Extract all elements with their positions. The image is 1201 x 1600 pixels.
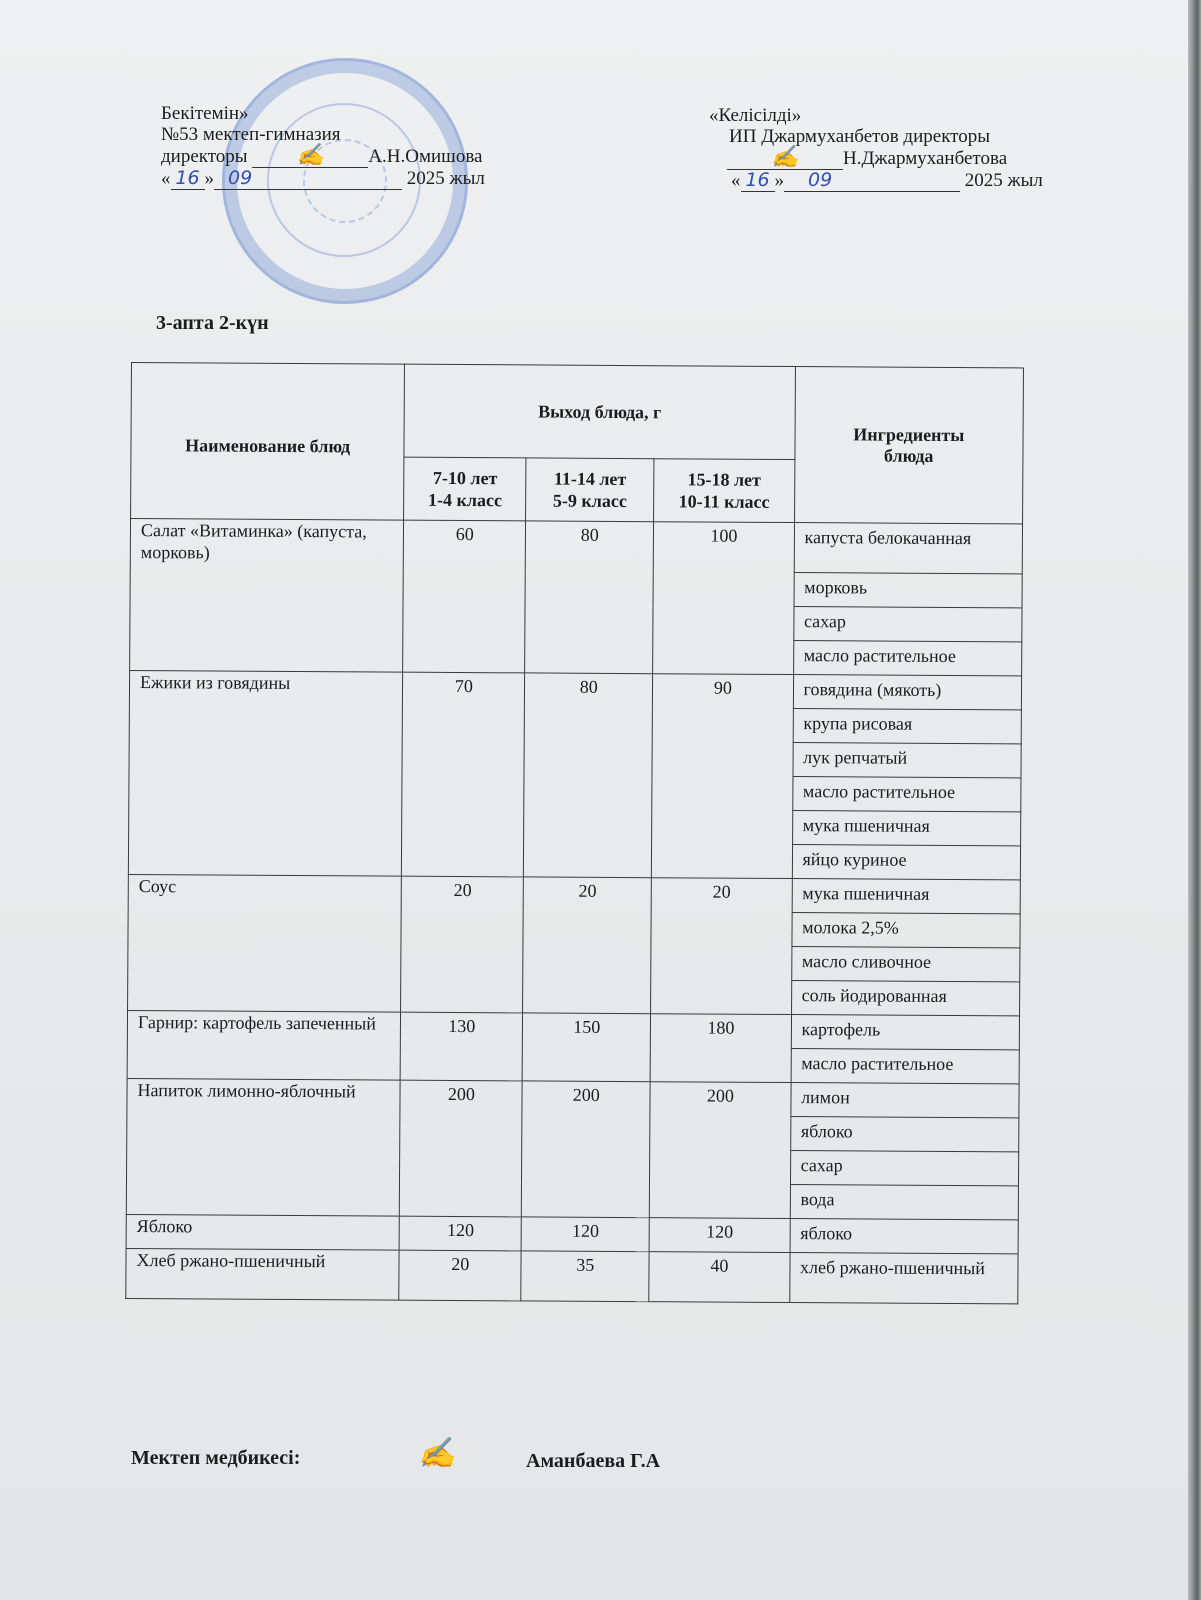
table-row: Салат «Витаминка» (капуста, морковь)6080… [130, 519, 1022, 574]
signature-icon: ✍ [771, 147, 798, 168]
dish-output-value: 200 [522, 1081, 651, 1218]
dish-output-value: 35 [521, 1251, 649, 1302]
nurse-name: Аманбаева Г.А [526, 1450, 660, 1473]
table-row: Напиток лимонно-яблочный200200200лимон [127, 1078, 1019, 1117]
dish-output-value: 130 [401, 1012, 523, 1081]
dish-output-value: 120 [521, 1217, 649, 1252]
approval-left-school: №53 мектеп-гимназия [161, 124, 485, 145]
approval-block-right: «Келісілді» ИП Джармуханбетов директоры … [709, 105, 1043, 192]
ingredient: яблоко [790, 1117, 1019, 1152]
header-age-group: 15-18 лет10-11 класс [654, 459, 795, 523]
director-name: А.Н.Омишова [368, 146, 482, 167]
dish-output-value: 80 [525, 521, 654, 674]
ingredient: масло сливочное [791, 947, 1020, 982]
table-row: Соус202020мука пшеничная [128, 874, 1020, 913]
approval-left-date: «16»09 2025 жыл [161, 168, 485, 190]
approval-right-heading: «Келісілді» [709, 105, 1043, 126]
table-row: Ежики из говядины708090говядина (мякоть) [129, 670, 1021, 709]
ingredient: крупа рисовая [793, 709, 1022, 744]
signature-icon: ✍ [297, 145, 324, 166]
dish-output-value: 90 [652, 674, 794, 879]
dish-output-value: 150 [522, 1013, 650, 1082]
header-age-group: 11-14 лет5-9 класс [526, 458, 654, 522]
header-dish-name: Наименование блюд [131, 363, 405, 521]
ingredient: лимон [790, 1083, 1019, 1118]
date-year: 2025 жыл [965, 170, 1043, 191]
dish-output-value: 180 [650, 1014, 791, 1083]
signature-icon: ✍ [418, 1436, 455, 1471]
dish-name: Салат «Витаминка» (капуста, морковь) [130, 519, 404, 673]
ingredient: молока 2,5% [792, 913, 1021, 948]
dish-output-value: 80 [524, 673, 653, 878]
table-row: Хлеб ржано-пшеничный203540хлеб ржано-пше… [126, 1248, 1018, 1303]
dish-output-value: 200 [400, 1080, 523, 1217]
dish-output-value: 70 [402, 672, 525, 877]
menu-table: Наименование блюд Выход блюда, г Ингреди… [125, 362, 1024, 1304]
dish-output-value: 20 [399, 1250, 521, 1301]
approval-left-director-line: директоры ✍А.Н.Омишова [161, 145, 485, 168]
signature-line: ✍ [252, 145, 368, 168]
signature-line: ✍ [727, 147, 843, 170]
dish-output-value: 120 [649, 1218, 790, 1253]
ingredient: мука пшеничная [792, 879, 1021, 914]
ingredient: масло растительное [793, 641, 1022, 676]
ingredient: сахар [790, 1151, 1019, 1186]
dish-name: Гарнир: картофель запеченный [127, 1010, 401, 1080]
dish-name: Соус [128, 874, 402, 1012]
dish-output-value: 120 [400, 1216, 522, 1251]
approval-right-date: «16»09 2025 жыл [709, 170, 1043, 192]
dish-name: Напиток лимонно-яблочный [126, 1078, 400, 1216]
dish-output-value: 60 [403, 520, 526, 673]
date-day: 16 [171, 168, 205, 190]
ingredient: мука пшеничная [792, 811, 1021, 846]
dish-output-value: 100 [653, 522, 794, 675]
dish-output-value: 20 [401, 876, 524, 1013]
dish-name: Ежики из говядины [128, 670, 403, 876]
menu-table-body: Салат «Витаминка» (капуста, морковь)6080… [126, 519, 1023, 1304]
director-name: Н.Джармуханбетова [843, 148, 1007, 169]
header-age-group: 7-10 лет1-4 класс [404, 457, 526, 521]
table-row: Гарнир: картофель запеченный130150180кар… [127, 1010, 1019, 1049]
header-output: Выход блюда, г [404, 364, 795, 459]
dish-output-value: 20 [651, 878, 792, 1015]
ingredient: сахар [793, 607, 1022, 642]
table-row: Яблоко120120120яблоко [126, 1214, 1018, 1253]
ingredient: лук репчатый [793, 743, 1022, 778]
dish-output-value: 20 [523, 877, 652, 1014]
ingredient: говядина (мякоть) [793, 675, 1022, 710]
approval-block-left: Бекітемін» №53 мектеп-гимназия директоры… [161, 103, 485, 190]
ingredient: морковь [794, 573, 1023, 608]
footer-label: Мектеп медбикесі: [131, 1447, 300, 1470]
page-title: 3-апта 2-күн [156, 312, 269, 335]
approval-right-company: ИП Джармуханбетов директоры [709, 126, 1043, 147]
ingredient: соль йодированная [791, 981, 1020, 1016]
dish-name: Яблоко [126, 1214, 400, 1250]
ingredient: масло растительное [791, 1049, 1020, 1084]
date-month: 09 [214, 168, 402, 190]
ingredient: хлеб ржано-пшеничный [789, 1253, 1018, 1304]
dish-output-value: 200 [650, 1082, 791, 1219]
ingredient: яблоко [790, 1219, 1019, 1254]
dish-name: Хлеб ржано-пшеничный [126, 1248, 400, 1300]
date-year: 2025 жыл [407, 168, 485, 189]
header-ingredients: Ингредиенты блюда [794, 367, 1023, 524]
ingredient: яйцо куриное [792, 845, 1021, 880]
dish-output-value: 40 [649, 1252, 790, 1303]
ingredient: вода [790, 1185, 1019, 1220]
paper-edge-background [1188, 0, 1201, 1600]
ingredient: масло растительное [792, 777, 1021, 812]
ingredient: картофель [791, 1015, 1020, 1050]
approval-right-director-line: ✍Н.Джармуханбетова [709, 147, 1043, 170]
date-month: 09 [784, 170, 960, 192]
approval-left-heading: Бекітемін» [161, 103, 485, 124]
ingredient: капуста белокачанная [794, 523, 1023, 574]
date-day: 16 [741, 170, 775, 192]
